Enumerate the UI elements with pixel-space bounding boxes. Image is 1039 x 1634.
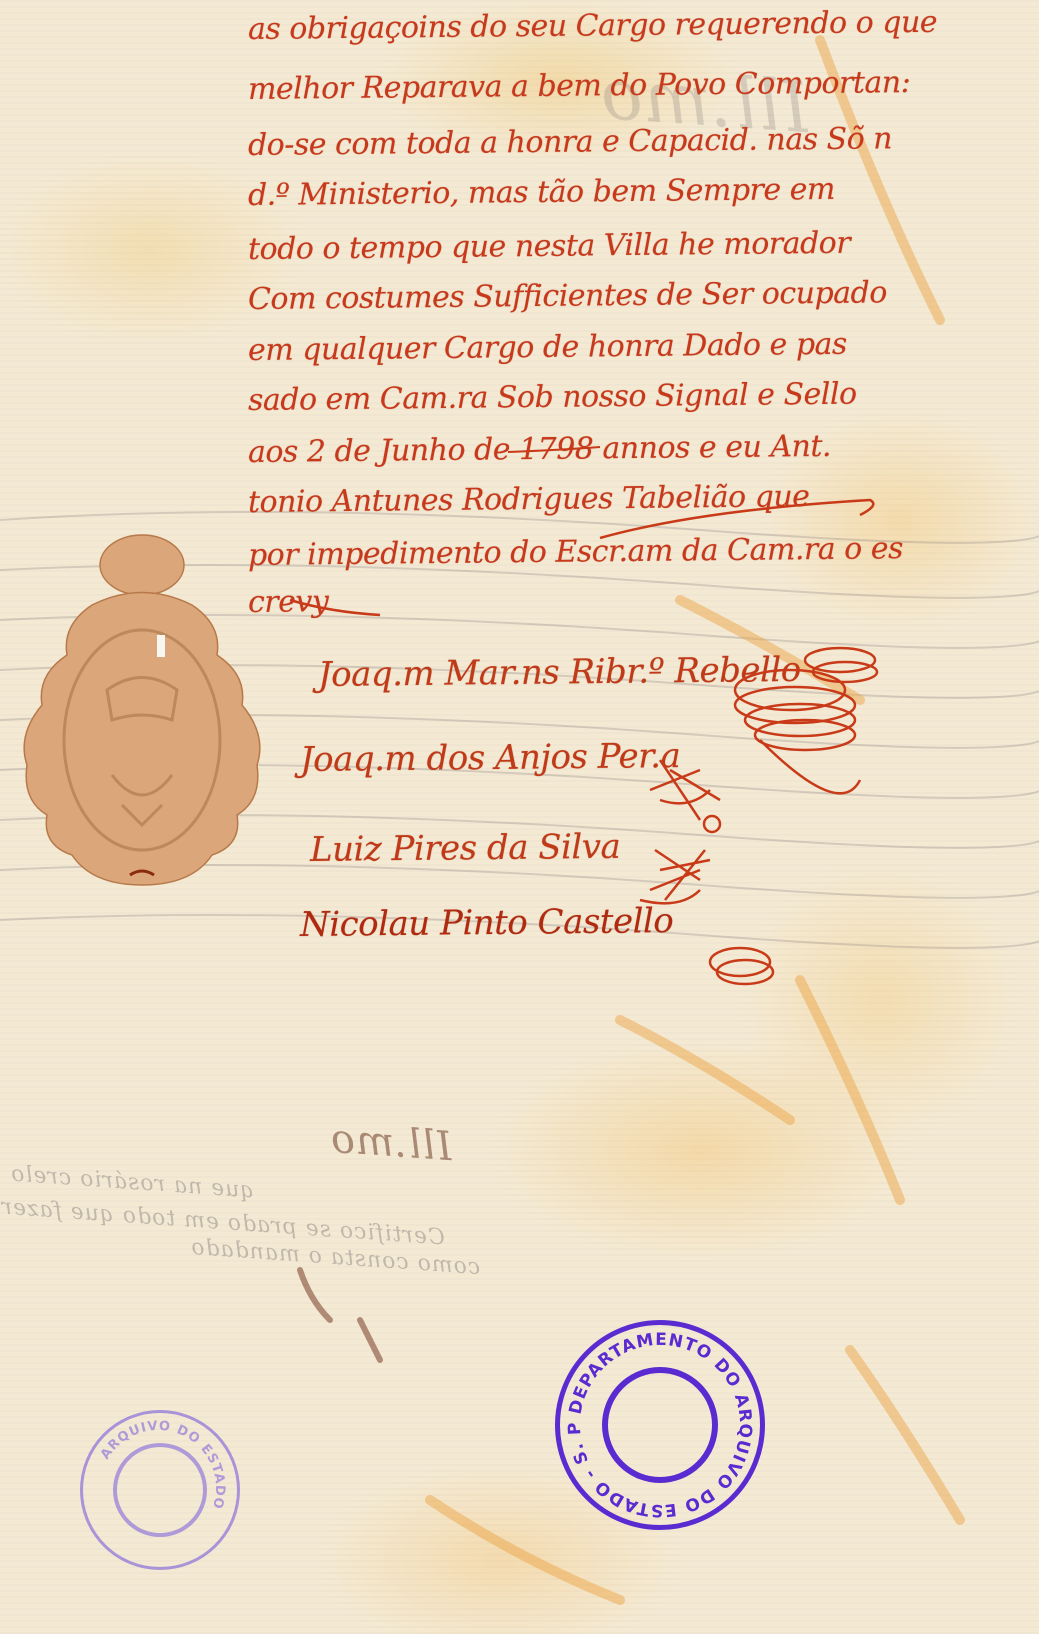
wax-seal-icon	[22, 525, 262, 895]
faded-archive-stamp: ARQUIVO DO ESTADO	[80, 1410, 240, 1570]
manuscript-page: Ill.mo Ill.mo que na rosário crelo Certi…	[0, 0, 1039, 1634]
archive-stamp: DEPARTAMENTO DO ARQUIVO DO ESTADO - S. P…	[555, 1320, 765, 1530]
svg-text:ARQUIVO DO ESTADO: ARQUIVO DO ESTADO	[98, 1419, 227, 1511]
stamp-text-ring: DEPARTAMENTO DO ARQUIVO DO ESTADO - S. P…	[555, 1320, 765, 1530]
stamp-text-ring: ARQUIVO DO ESTADO	[78, 1408, 238, 1568]
svg-text:DEPARTAMENTO DO ARQUIVO DO EST: DEPARTAMENTO DO ARQUIVO DO ESTADO - S. P…	[555, 1320, 755, 1520]
